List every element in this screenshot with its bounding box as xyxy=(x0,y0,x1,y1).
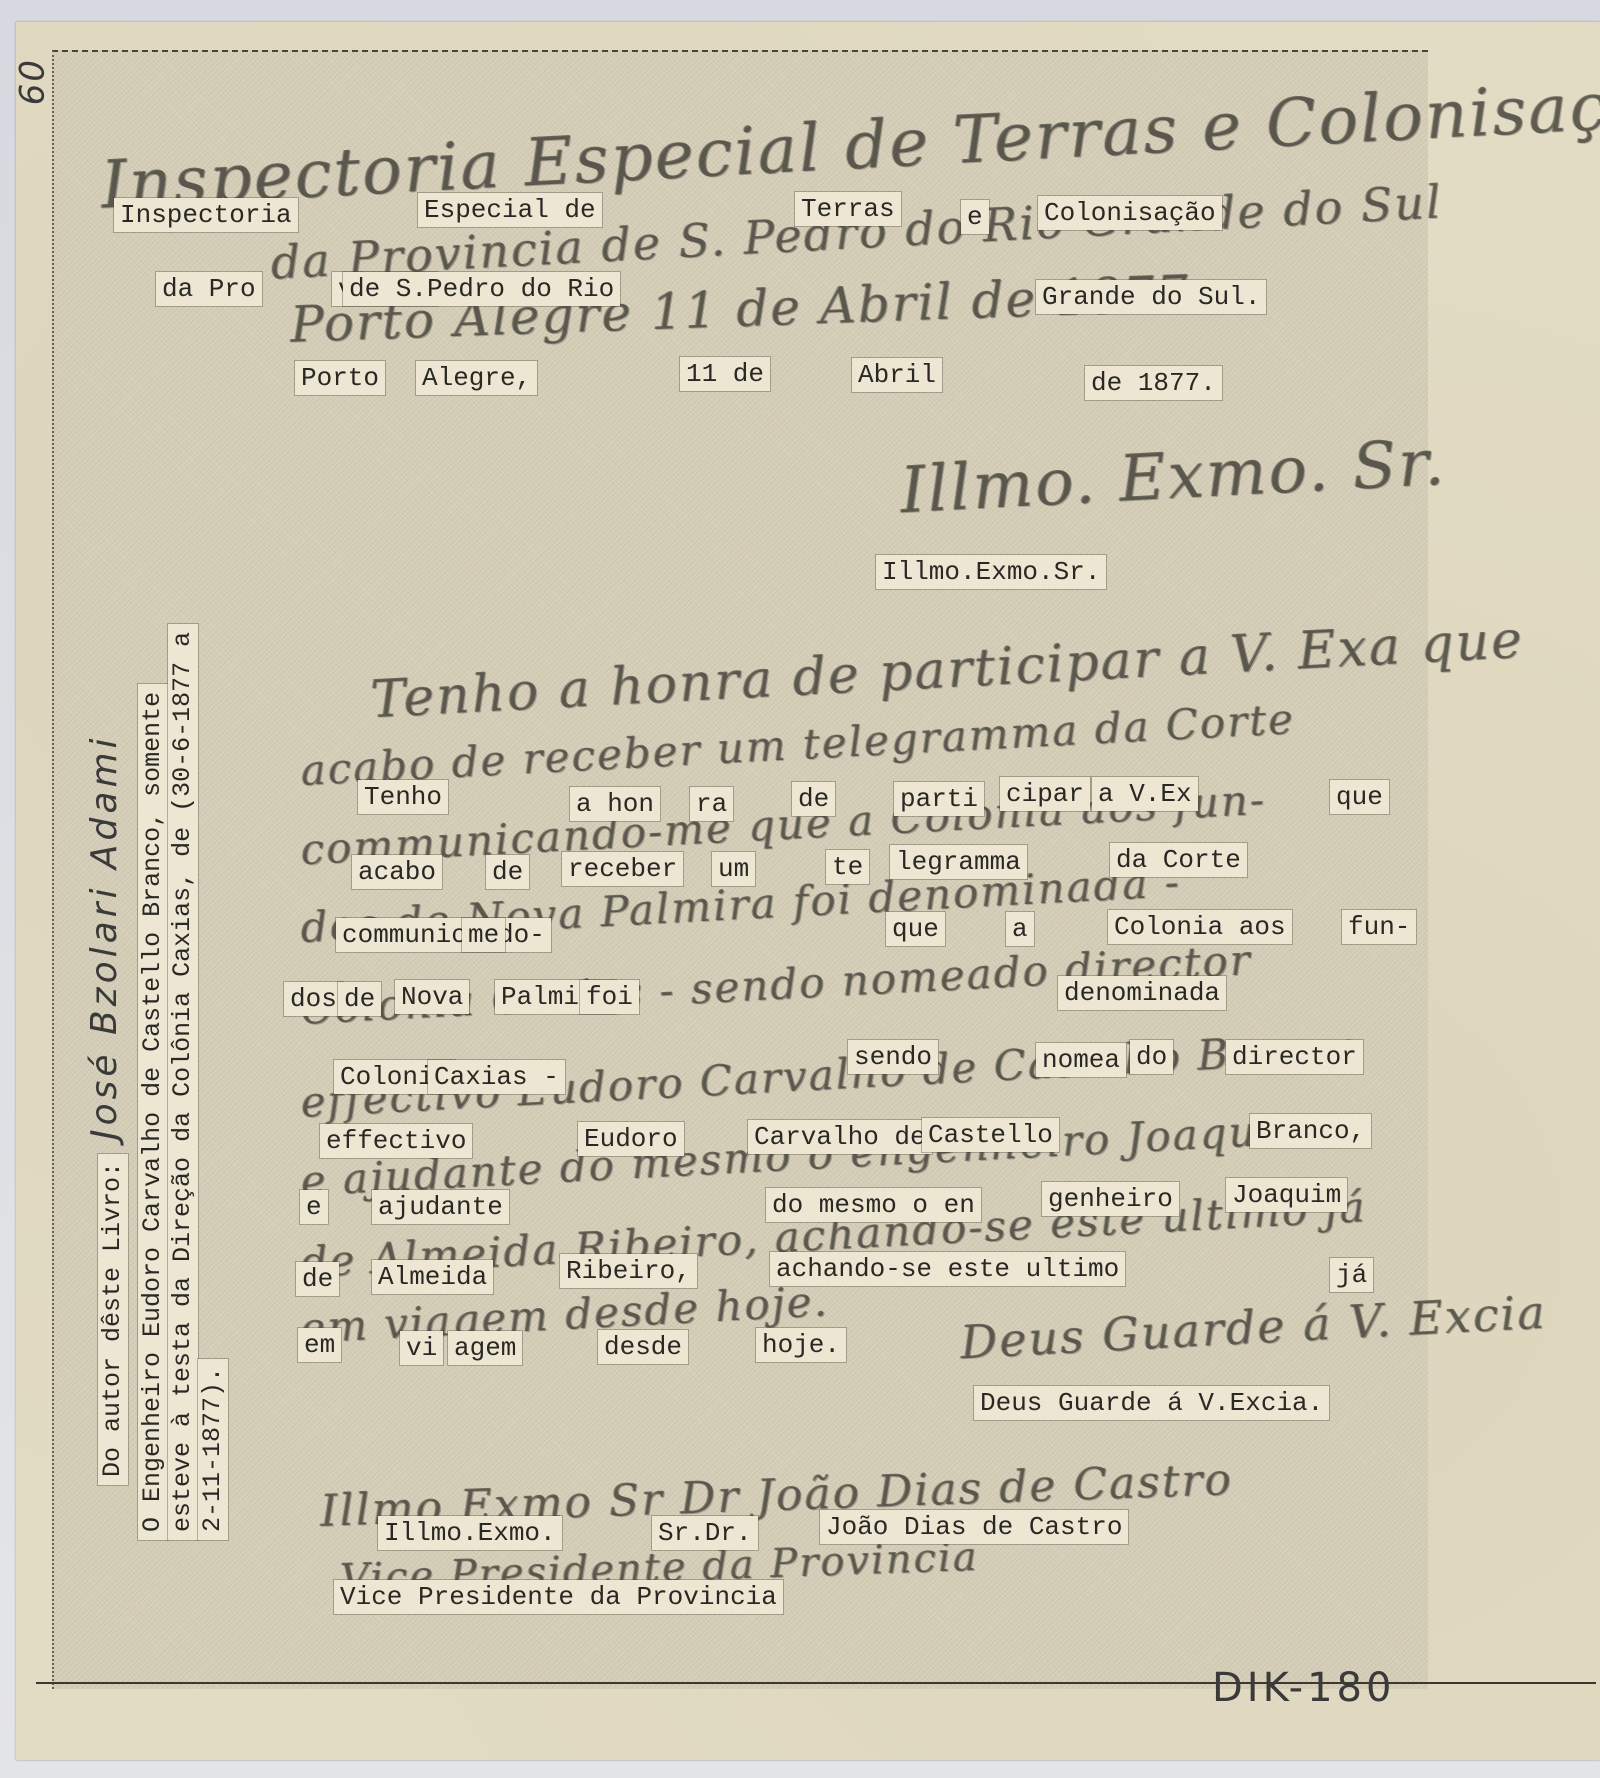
body-word: Castello xyxy=(922,1118,1059,1152)
body-word: Eudoro xyxy=(578,1122,684,1156)
body-word: achando-se este ultimo xyxy=(770,1252,1125,1286)
body-word: em xyxy=(298,1328,341,1362)
dateline-word: Abril xyxy=(852,358,942,392)
body-word: a V.Ex xyxy=(1092,777,1198,811)
dateline-word: de 1877. xyxy=(1085,366,1222,400)
body-word: cipar xyxy=(1000,777,1090,811)
letterhead-word: Inspectoria xyxy=(114,198,298,232)
body-word: que xyxy=(886,912,945,946)
addressee-position: Vice Presidente da Provincia xyxy=(334,1580,783,1614)
body-word: do xyxy=(1130,1040,1173,1074)
body-word: ra xyxy=(690,787,733,821)
letterhead-word: de S.Pedro do Rio xyxy=(343,272,620,306)
body-word: parti xyxy=(894,782,984,816)
closing: Deus Guarde á V.Excia. xyxy=(974,1386,1329,1420)
letterhead-word: da Pro xyxy=(156,272,262,306)
dateline-word: 11 de xyxy=(680,357,770,391)
addressee-honorific: Illmo.Exmo. xyxy=(378,1516,562,1550)
body-word: de xyxy=(296,1262,339,1296)
body-word: vi xyxy=(400,1331,443,1365)
side-note-line-1: O Engenheiro Eudoro Carvalho de Castello… xyxy=(138,684,168,1540)
side-note-heading: Do autor dêste Livro: xyxy=(98,1154,128,1485)
archive-code: DIK-180 xyxy=(1212,1665,1395,1711)
body-word: Caxias - xyxy=(428,1060,565,1094)
body-word: a xyxy=(1006,912,1034,946)
side-note-line-2: esteve à testa da Direção da Colônia Cax… xyxy=(168,624,198,1540)
body-word: de xyxy=(486,855,529,889)
body-word: sendo xyxy=(848,1040,938,1074)
body-word: Ribeiro, xyxy=(560,1254,697,1288)
body-word: effectivo xyxy=(320,1124,472,1158)
dateline-word: Alegre, xyxy=(416,361,537,395)
letterhead-word: Grande do Sul. xyxy=(1036,280,1266,314)
addressee-title: Sr.Dr. xyxy=(652,1516,758,1550)
body-word: communicando- xyxy=(336,918,551,952)
body-word: desde xyxy=(598,1330,688,1364)
body-word: hoje. xyxy=(756,1328,846,1362)
body-word: Almeida xyxy=(372,1260,493,1294)
body-word: Branco, xyxy=(1250,1114,1371,1148)
body-word: do mesmo o en xyxy=(766,1188,981,1222)
letterhead-word: Colonisação xyxy=(1038,196,1222,230)
body-word: da Corte xyxy=(1110,843,1247,877)
body-word: denominada xyxy=(1058,976,1226,1010)
body-word: já xyxy=(1330,1258,1373,1292)
body-word: genheiro xyxy=(1042,1182,1179,1216)
body-word: e xyxy=(300,1190,328,1224)
body-word: agem xyxy=(448,1331,522,1365)
letterhead-word: Especial de xyxy=(418,193,602,227)
page-number-mark: 09 xyxy=(10,60,50,107)
body-word: um xyxy=(712,852,755,886)
dateline-word: Porto xyxy=(295,361,385,395)
salutation: Illmo.Exmo.Sr. xyxy=(876,555,1106,589)
body-word: Carvalho de xyxy=(748,1120,932,1154)
body-word: receber xyxy=(562,852,683,886)
body-word: me xyxy=(462,918,505,952)
body-word: fun- xyxy=(1342,910,1416,944)
body-word: a hon xyxy=(570,787,660,821)
letterhead-word: Terras xyxy=(795,192,901,226)
body-word: ajudante xyxy=(372,1190,509,1224)
body-word: Tenho xyxy=(358,780,448,814)
body-word: nomea xyxy=(1036,1043,1126,1077)
body-word: que xyxy=(1330,780,1389,814)
body-word: dos xyxy=(284,982,343,1016)
body-word: legramma xyxy=(890,845,1027,879)
body-word: Colonia aos xyxy=(1108,910,1292,944)
body-word: acabo xyxy=(352,855,442,889)
body-word: Nova xyxy=(395,980,469,1014)
author-signature: José Bzolari Adami xyxy=(84,734,125,1140)
letterhead-word: e xyxy=(961,200,989,234)
body-word: Joaquim xyxy=(1226,1178,1347,1212)
body-word: de xyxy=(338,982,381,1016)
body-word: de xyxy=(792,782,835,816)
body-word: te xyxy=(826,850,869,884)
body-word: director xyxy=(1226,1040,1363,1074)
body-word: foi xyxy=(580,980,639,1014)
addressee-name: João Dias de Castro xyxy=(820,1510,1128,1544)
side-note: Do autor dêste Livro: José Bzolari Adami… xyxy=(78,330,228,1540)
side-note-line-3: 2-11-1877). xyxy=(198,1359,228,1540)
